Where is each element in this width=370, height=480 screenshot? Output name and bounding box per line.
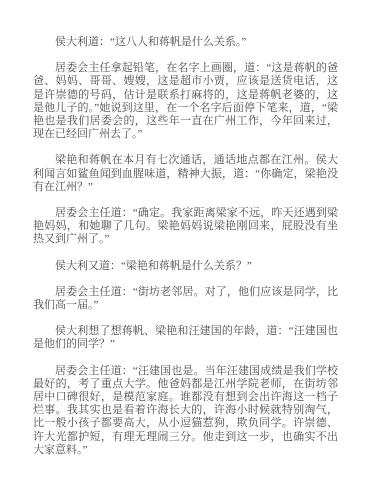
paragraph: 侯大利又道：“梁艳和蒋帆是什么关系？” (33, 260, 338, 273)
paragraph: 居委会主任道：“确定。我家距离梁家不远，昨天还遇到梁艳妈妈，和她聊了几句。梁艳妈… (33, 207, 338, 247)
novel-text-content: 侯大利道：“这八人和蒋帆是什么关系。” 居委会主任拿起铅笔，在名字上画圈，道：“… (33, 36, 338, 457)
paragraph: 侯大利道：“这八人和蒋帆是什么关系。” (33, 36, 338, 49)
paragraph: 居委会主任道：“街坊老邻居。对了，他们应该是同学，比我们高一届。” (33, 286, 338, 312)
paragraph: 居委会主任拿起铅笔，在名字上画圈，道：“这是蒋帆的爸爸、妈妈、哥哥、嫂嫂，这是超… (33, 62, 338, 141)
paragraph: 梁艳和蒋帆在本月有七次通话，通话地点都在江州。侯大利闻言如鲨鱼闻到血腥味道，精神… (33, 154, 338, 194)
paragraph: 侯大利想了想蒋帆、梁艳和汪建国的年龄，道：“汪建国也是他们的同学？” (33, 325, 338, 351)
ebook-reader-page: 侯大利道：“这八人和蒋帆是什么关系。” 居委会主任拿起铅笔，在名字上画圈，道：“… (0, 0, 370, 480)
paragraph: 居委会主任道：“汪建国也是。当年汪建国成绩是我们学校最好的，考了重点大学。他爸妈… (33, 365, 338, 457)
